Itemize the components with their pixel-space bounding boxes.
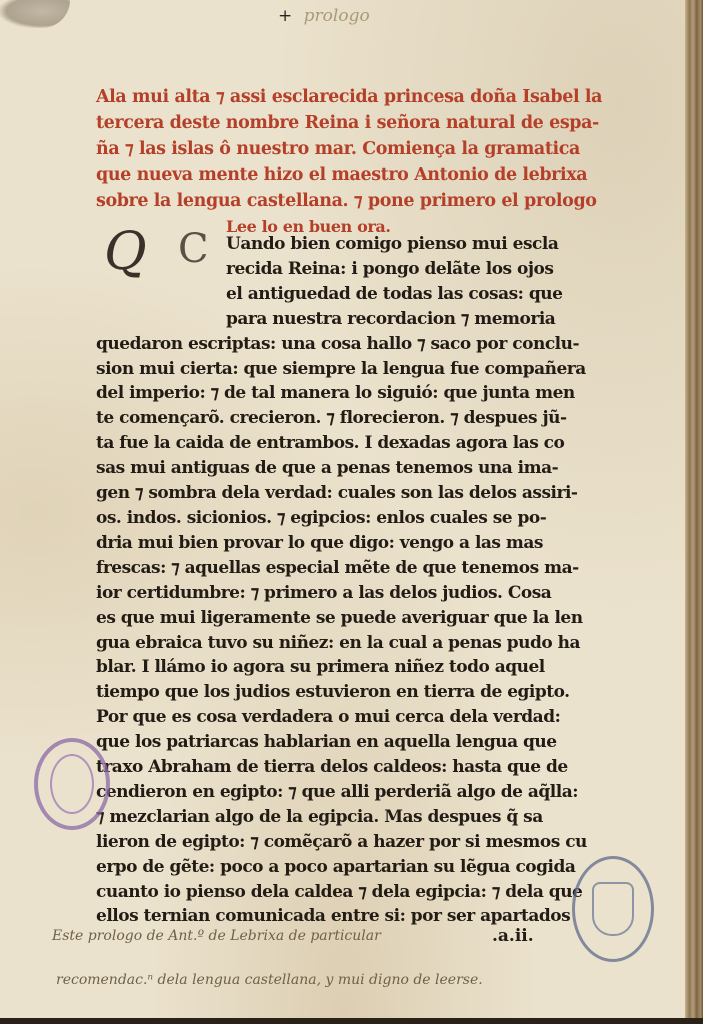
body-line: que los patriarcas hablarian en aquella … bbox=[96, 730, 566, 755]
cross-mark: + bbox=[278, 6, 292, 26]
body-line: Uando bien comigo pienso mui escla bbox=[96, 232, 566, 257]
body-line: lieron de egipto: ⁊ comẽçarõ a hazer por… bbox=[96, 830, 566, 855]
body-line: tiempo que los judios estuvieron en tier… bbox=[96, 680, 566, 705]
rubric-line: tercera deste nombre Reina i señora natu… bbox=[96, 110, 566, 136]
body-line: gua ebraica tuvo su niñez: en la cual a … bbox=[96, 631, 566, 656]
body-line: blar. I llámo io agora su primera niñez … bbox=[96, 655, 566, 680]
body-line: os. indos. sicionios. ⁊ egipcios: enlos … bbox=[96, 506, 566, 531]
body-line: sas mui antiguas de que a penas tenemos … bbox=[96, 456, 566, 481]
body-line: ta fue la caida de entrambos. I dexadas … bbox=[96, 431, 566, 456]
body-line: el antiguedad de todas las cosas: que bbox=[96, 282, 566, 307]
handwritten-annotation-2: recomendac.ⁿ dela lengua castellana, y m… bbox=[56, 972, 483, 988]
body-line: ⁊ mezclarian algo de la egipcia. Mas des… bbox=[96, 805, 566, 830]
manuscript-page: + prologo Ala mui alta ⁊ assi esclarecid… bbox=[0, 0, 688, 1024]
body-line: gen ⁊ sombra dela verdad: cuales son las… bbox=[96, 481, 566, 506]
body-line: dria mui bien provar lo que digo: vengo … bbox=[96, 531, 566, 556]
rubric-line: Ala mui alta ⁊ assi esclarecida princesa… bbox=[96, 84, 566, 110]
shield-icon bbox=[592, 882, 634, 936]
corner-stain bbox=[0, 0, 70, 28]
library-stamp-right bbox=[572, 856, 654, 962]
body-line: sion mui cierta: que siempre la lengua f… bbox=[96, 357, 566, 382]
body-line: te començarõ. crecieron. ⁊ florecieron. … bbox=[96, 406, 566, 431]
body-line: es que mui ligeramente se puede averigua… bbox=[96, 606, 566, 631]
body-line: Por que es cosa verdadera o mui cerca de… bbox=[96, 705, 566, 730]
prologo-note: prologo bbox=[304, 6, 370, 26]
body-line: ior certidumbre: ⁊ primero a las delos j… bbox=[96, 581, 566, 606]
handwritten-annotation-1: Este prologo de Ant.º de Lebrixa de part… bbox=[52, 928, 381, 944]
library-stamp-left bbox=[34, 738, 110, 830]
body-line: para nuestra recordacion ⁊ memoria bbox=[96, 307, 566, 332]
rubric-line: ña ⁊ las islas ô nuestro mar. Comiença l… bbox=[96, 136, 566, 162]
body-line: quedaron escriptas: una cosa hallo ⁊ sac… bbox=[96, 332, 566, 357]
coat-of-arms-icon bbox=[50, 754, 94, 814]
header-annotation: + prologo bbox=[278, 6, 370, 26]
body-line: erpo de gẽte: poco a poco apartarian su … bbox=[96, 855, 566, 880]
body-line: recida Reina: i pongo delãte los ojos bbox=[96, 257, 566, 282]
body-line: traxo Abraham de tierra delos caldeos: h… bbox=[96, 755, 566, 780]
body-line: frescas: ⁊ aquellas especial mẽte de que… bbox=[96, 556, 566, 581]
body-line: del imperio: ⁊ de tal manera lo siguió: … bbox=[96, 381, 566, 406]
rubric-line: que nueva mente hizo el maestro Antonio … bbox=[96, 162, 566, 188]
body-line: cuanto io pienso dela caldea ⁊ dela egip… bbox=[96, 880, 566, 905]
body-text: Uando bien comigo pienso mui escla recid… bbox=[96, 232, 566, 929]
page-edge bbox=[685, 0, 703, 1024]
rubric-title: Ala mui alta ⁊ assi esclarecida princesa… bbox=[96, 84, 566, 240]
bottom-shadow bbox=[0, 1018, 703, 1024]
signature-mark: .a.ii. bbox=[492, 926, 534, 946]
body-line: cendieron en egipto: ⁊ que alli perderiã… bbox=[96, 780, 566, 805]
rubric-line: sobre la lengua castellana. ⁊ pone prime… bbox=[96, 188, 566, 214]
